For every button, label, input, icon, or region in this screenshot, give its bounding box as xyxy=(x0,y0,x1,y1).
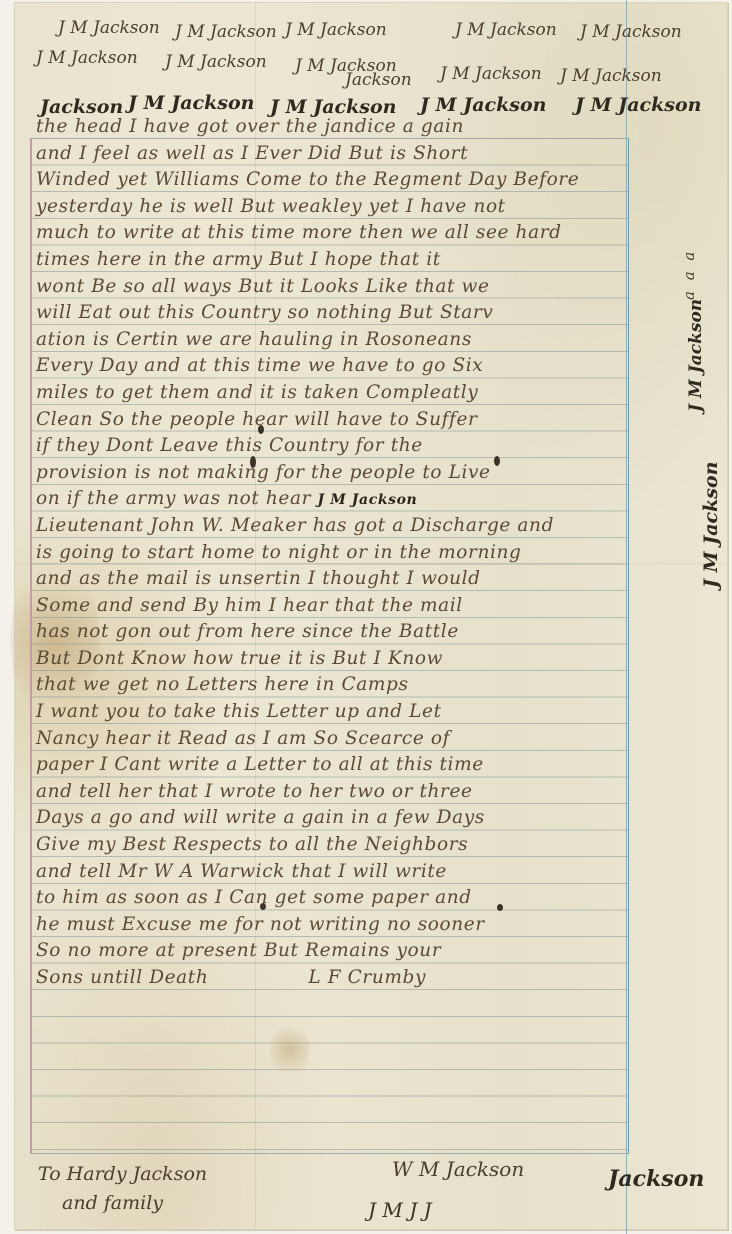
practice-signature: J M Jackson xyxy=(285,20,387,40)
letter-line: and as the mail is unsertin I thought I … xyxy=(36,566,726,593)
letter-line: So no more at present But Remains your xyxy=(36,938,726,965)
letter-line: provision is not making for the people t… xyxy=(36,460,726,487)
practice-signature: J M Jackson xyxy=(58,18,160,38)
practice-signature: Jackson xyxy=(345,70,412,90)
ink-blot xyxy=(260,903,266,910)
letter-line: and I feel as well as I Ever Did But is … xyxy=(36,141,726,168)
letter-line: Clean So the people hear will have to Su… xyxy=(36,407,726,434)
letter-line: much to write at this time more then we … xyxy=(36,220,726,247)
signature-w-m-jackson: W M Jackson xyxy=(392,1157,524,1181)
letter-line: Some and send By him I hear that the mai… xyxy=(36,593,726,620)
letter-line: yesterday he is well But weakley yet I h… xyxy=(36,194,726,221)
letter-body: the head I have got over the jandice a g… xyxy=(36,114,726,992)
letter-line: will Eat out this Country so nothing But… xyxy=(36,300,726,327)
ink-blot xyxy=(258,425,264,434)
ink-blot xyxy=(250,456,256,468)
letter-line: and tell her that I wrote to her two or … xyxy=(36,779,726,806)
letter-line: Lieutenant John W. Meaker has got a Disc… xyxy=(36,513,726,540)
practice-signature: J M Jackson xyxy=(165,52,267,72)
letter-line: is going to start home to night or in th… xyxy=(36,540,726,567)
letter-line: the head I have got over the jandice a g… xyxy=(36,114,726,141)
practice-signature: J M Jackson xyxy=(36,48,138,68)
letter-line: miles to get them and it is taken Comple… xyxy=(36,380,726,407)
initials: J M J J xyxy=(368,1198,432,1222)
practice-signature: J M Jackson xyxy=(128,92,254,114)
letter-line-with-signature: on if the army was not hear J M Jackson xyxy=(36,486,726,513)
ink-blot xyxy=(494,456,500,466)
inline-signature: J M Jackson xyxy=(318,492,418,508)
letter-line: and tell Mr W A Warwick that I will writ… xyxy=(36,859,726,886)
signature-jackson: Jackson xyxy=(608,1166,704,1192)
letter-line: times here in the army But I hope that i… xyxy=(36,247,726,274)
letter-line: has not gon out from here since the Batt… xyxy=(36,619,726,646)
address-line-1: To Hardy Jackson xyxy=(38,1163,207,1185)
address-line-2: and family xyxy=(62,1192,163,1214)
margin-loops: a a a xyxy=(680,249,698,300)
letter-line: paper I Cant write a Letter to all at th… xyxy=(36,752,726,779)
writer-signature: L F Crumby xyxy=(308,967,426,988)
letter-line: Winded yet Williams Come to the Regment … xyxy=(36,167,726,194)
letter-line: that we get no Letters here in Camps xyxy=(36,672,726,699)
letter-line: wont Be so all ways But it Looks Like th… xyxy=(36,274,726,301)
letter-line: I want you to take this Letter up and Le… xyxy=(36,699,726,726)
margin-signature-vertical: J M Jackson xyxy=(700,462,722,588)
ink-blot xyxy=(497,904,503,911)
letter-line: to him as soon as I Can get some paper a… xyxy=(36,885,726,912)
practice-signature: J M Jackson xyxy=(560,66,662,86)
practice-signature: J M Jackson xyxy=(575,94,701,116)
practice-signature: J M Jackson xyxy=(455,20,557,40)
letter-line: ation is Certin we are hauling in Rosone… xyxy=(36,327,726,354)
letter-line: he must Excuse me for not writing no soo… xyxy=(36,912,726,939)
letter-line: Give my Best Respects to all the Neighbo… xyxy=(36,832,726,859)
margin-signature-vertical: J M Jackson xyxy=(686,299,706,412)
letter-line: if they Dont Leave this Country for the xyxy=(36,433,726,460)
practice-signature: J M Jackson xyxy=(580,22,682,42)
letter-line: Nancy hear it Read as I am So Scearce of xyxy=(36,726,726,753)
practice-signature: J M Jackson xyxy=(440,64,542,84)
letter-line: Sons untill Death xyxy=(36,967,208,988)
letter-line: Days a go and will write a gain in a few… xyxy=(36,805,726,832)
letter-line-with-signature: Sons untill DeathL F Crumby xyxy=(36,965,726,992)
letter-line: But Dont Know how true it is But I Know xyxy=(36,646,726,673)
practice-signature: J M Jackson xyxy=(175,22,277,42)
letter-line: on if the army was not hear xyxy=(36,488,311,509)
letter-line: Every Day and at this time we have to go… xyxy=(36,353,726,380)
practice-signature: J M Jackson xyxy=(420,94,546,116)
